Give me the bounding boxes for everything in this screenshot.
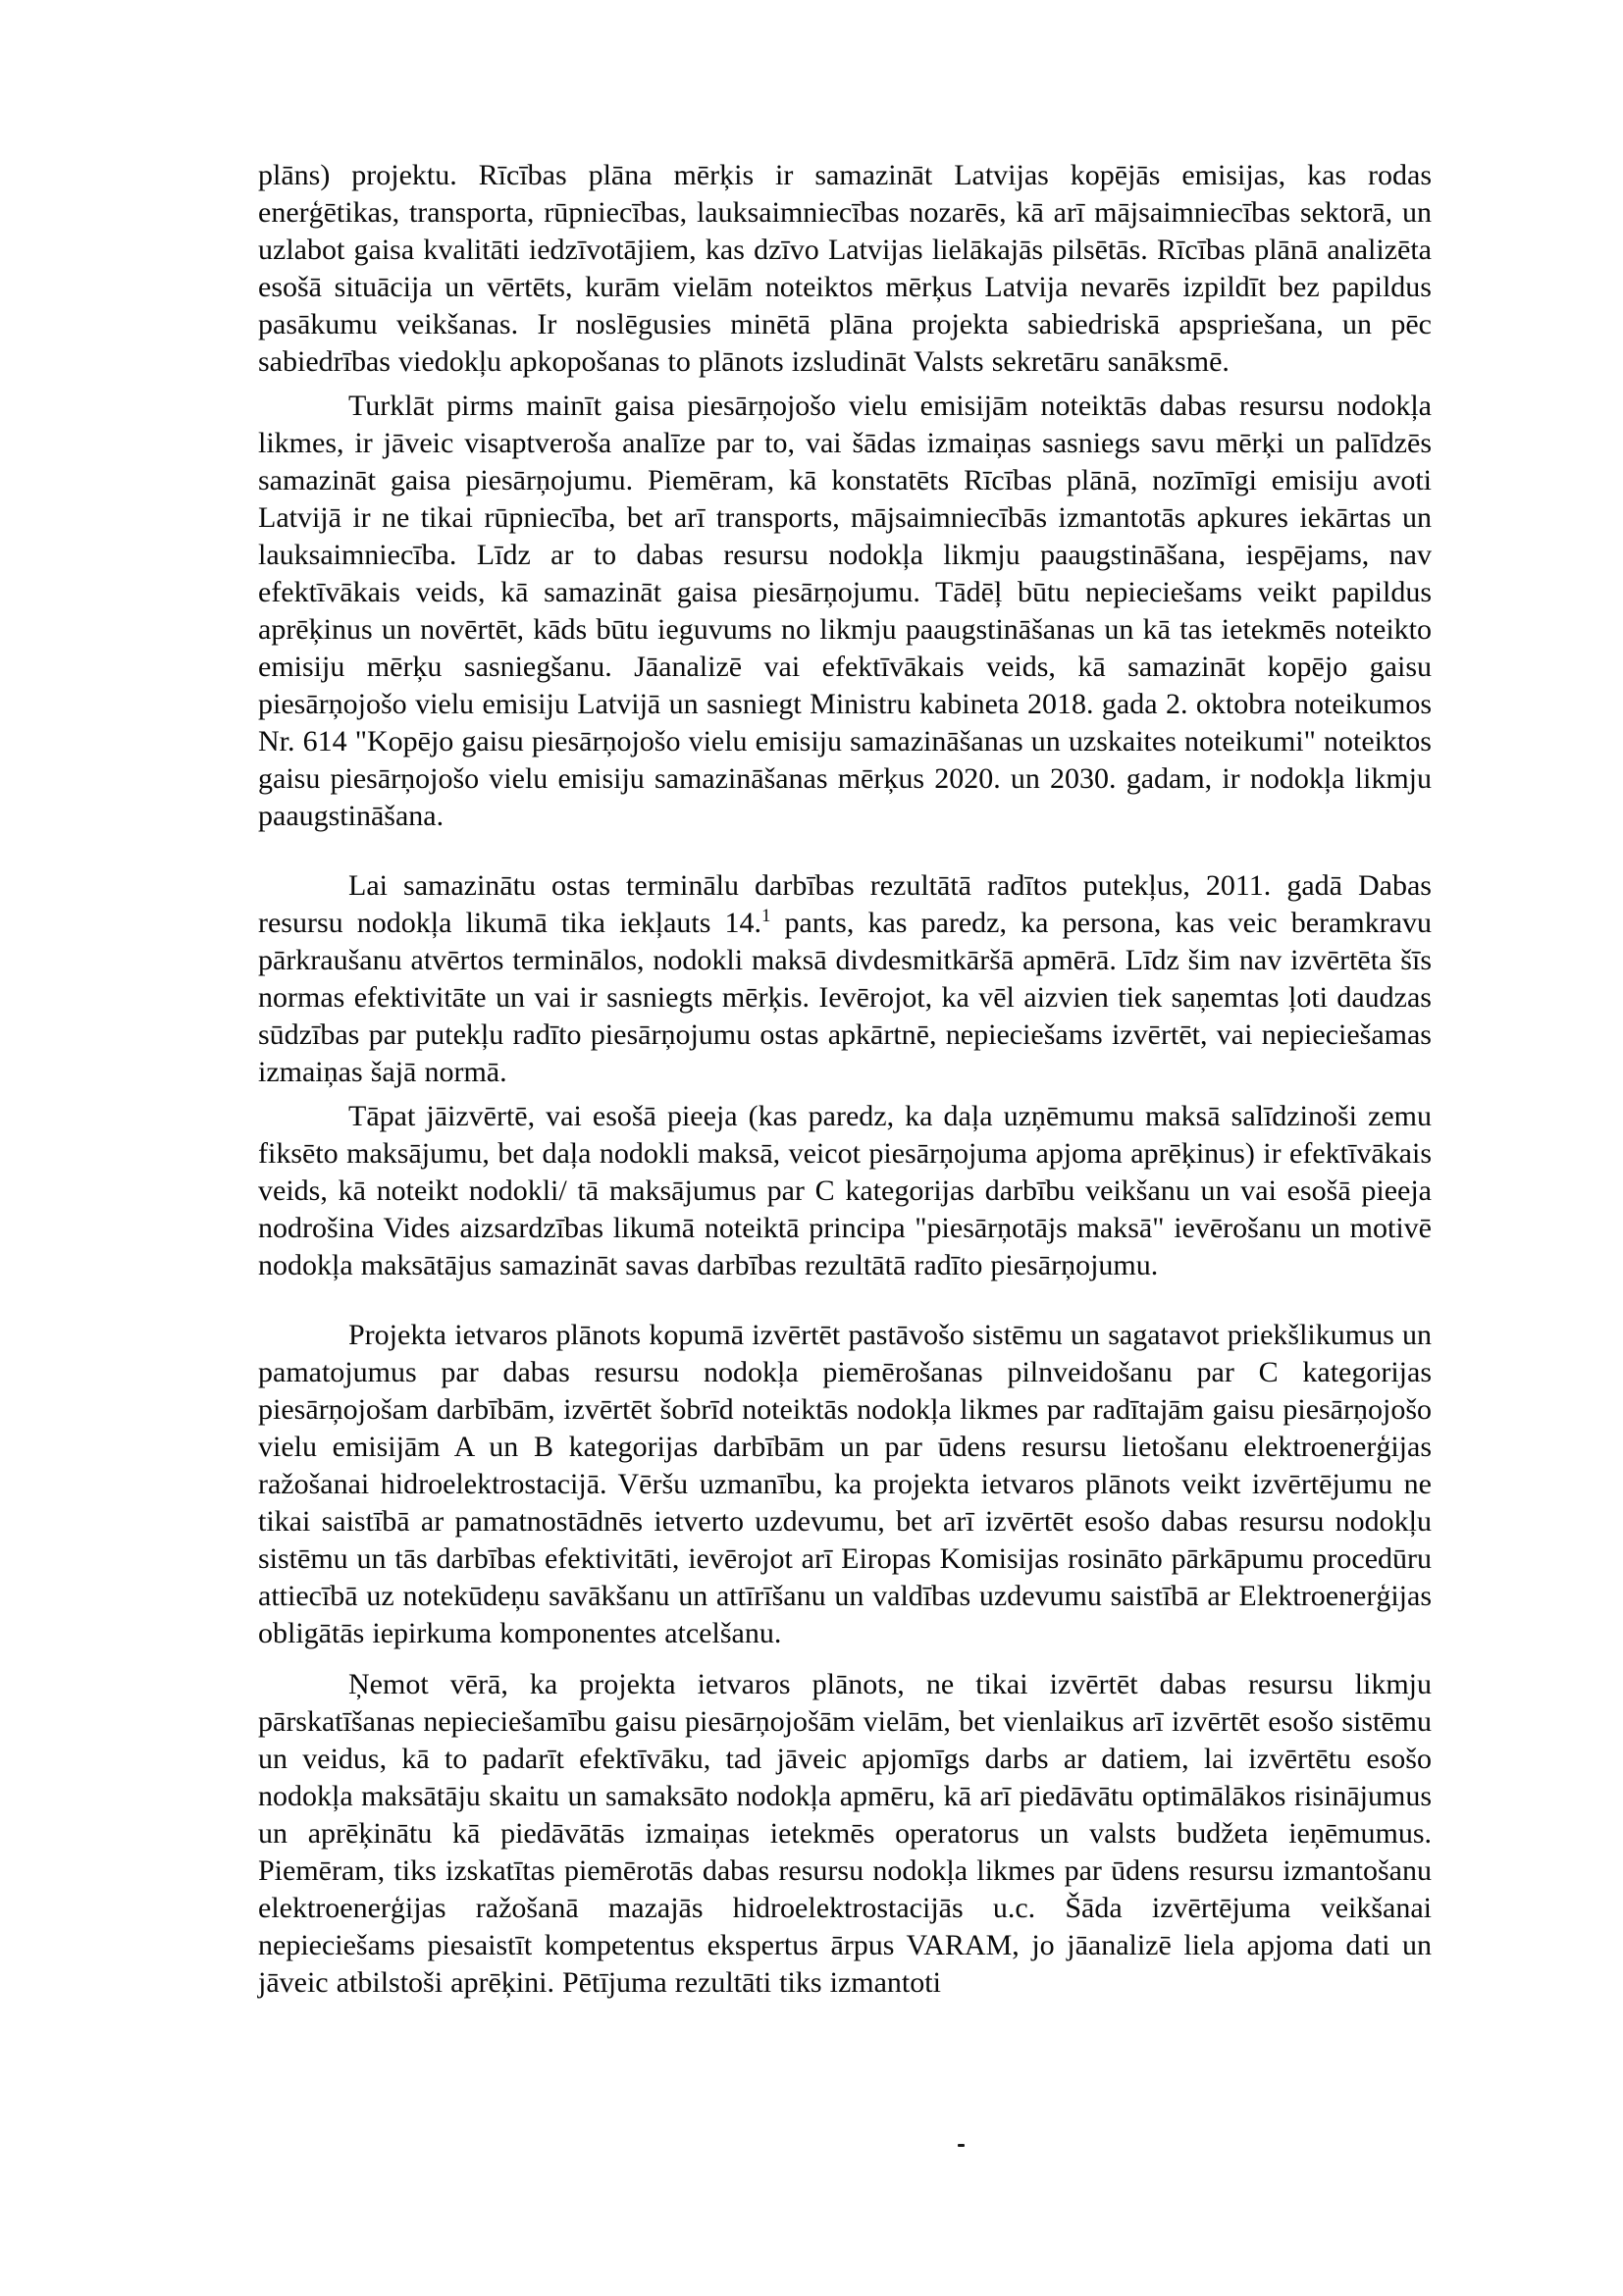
document-text-block: plāns) projektu. Rīcības plāna mērķis ir… <box>258 157 1432 2002</box>
paragraph-category-c-approach: Tāpat jāizvērtē, vai esošā pieeja (kas p… <box>258 1098 1432 1284</box>
paragraph-port-terminals: Lai samazinātu ostas terminālu darbības … <box>258 867 1432 1091</box>
footnote-reference: 1 <box>761 906 770 926</box>
paragraph-project-scope: Projekta ietvaros plānots kopumā izvērtē… <box>258 1317 1432 1652</box>
paragraph-continuation: plāns) projektu. Rīcības plāna mērķis ir… <box>258 157 1432 381</box>
scan-artifact-mark <box>958 2144 965 2147</box>
scanned-document-page: plāns) projektu. Rīcības plāna mērķis ir… <box>0 0 1623 2296</box>
paragraph-data-analysis-experts: Ņemot vērā, ka projekta ietvaros plānots… <box>258 1666 1432 2002</box>
paragraph-emission-tax-analysis: Turklāt pirms mainīt gaisa piesārņojošo … <box>258 388 1432 835</box>
